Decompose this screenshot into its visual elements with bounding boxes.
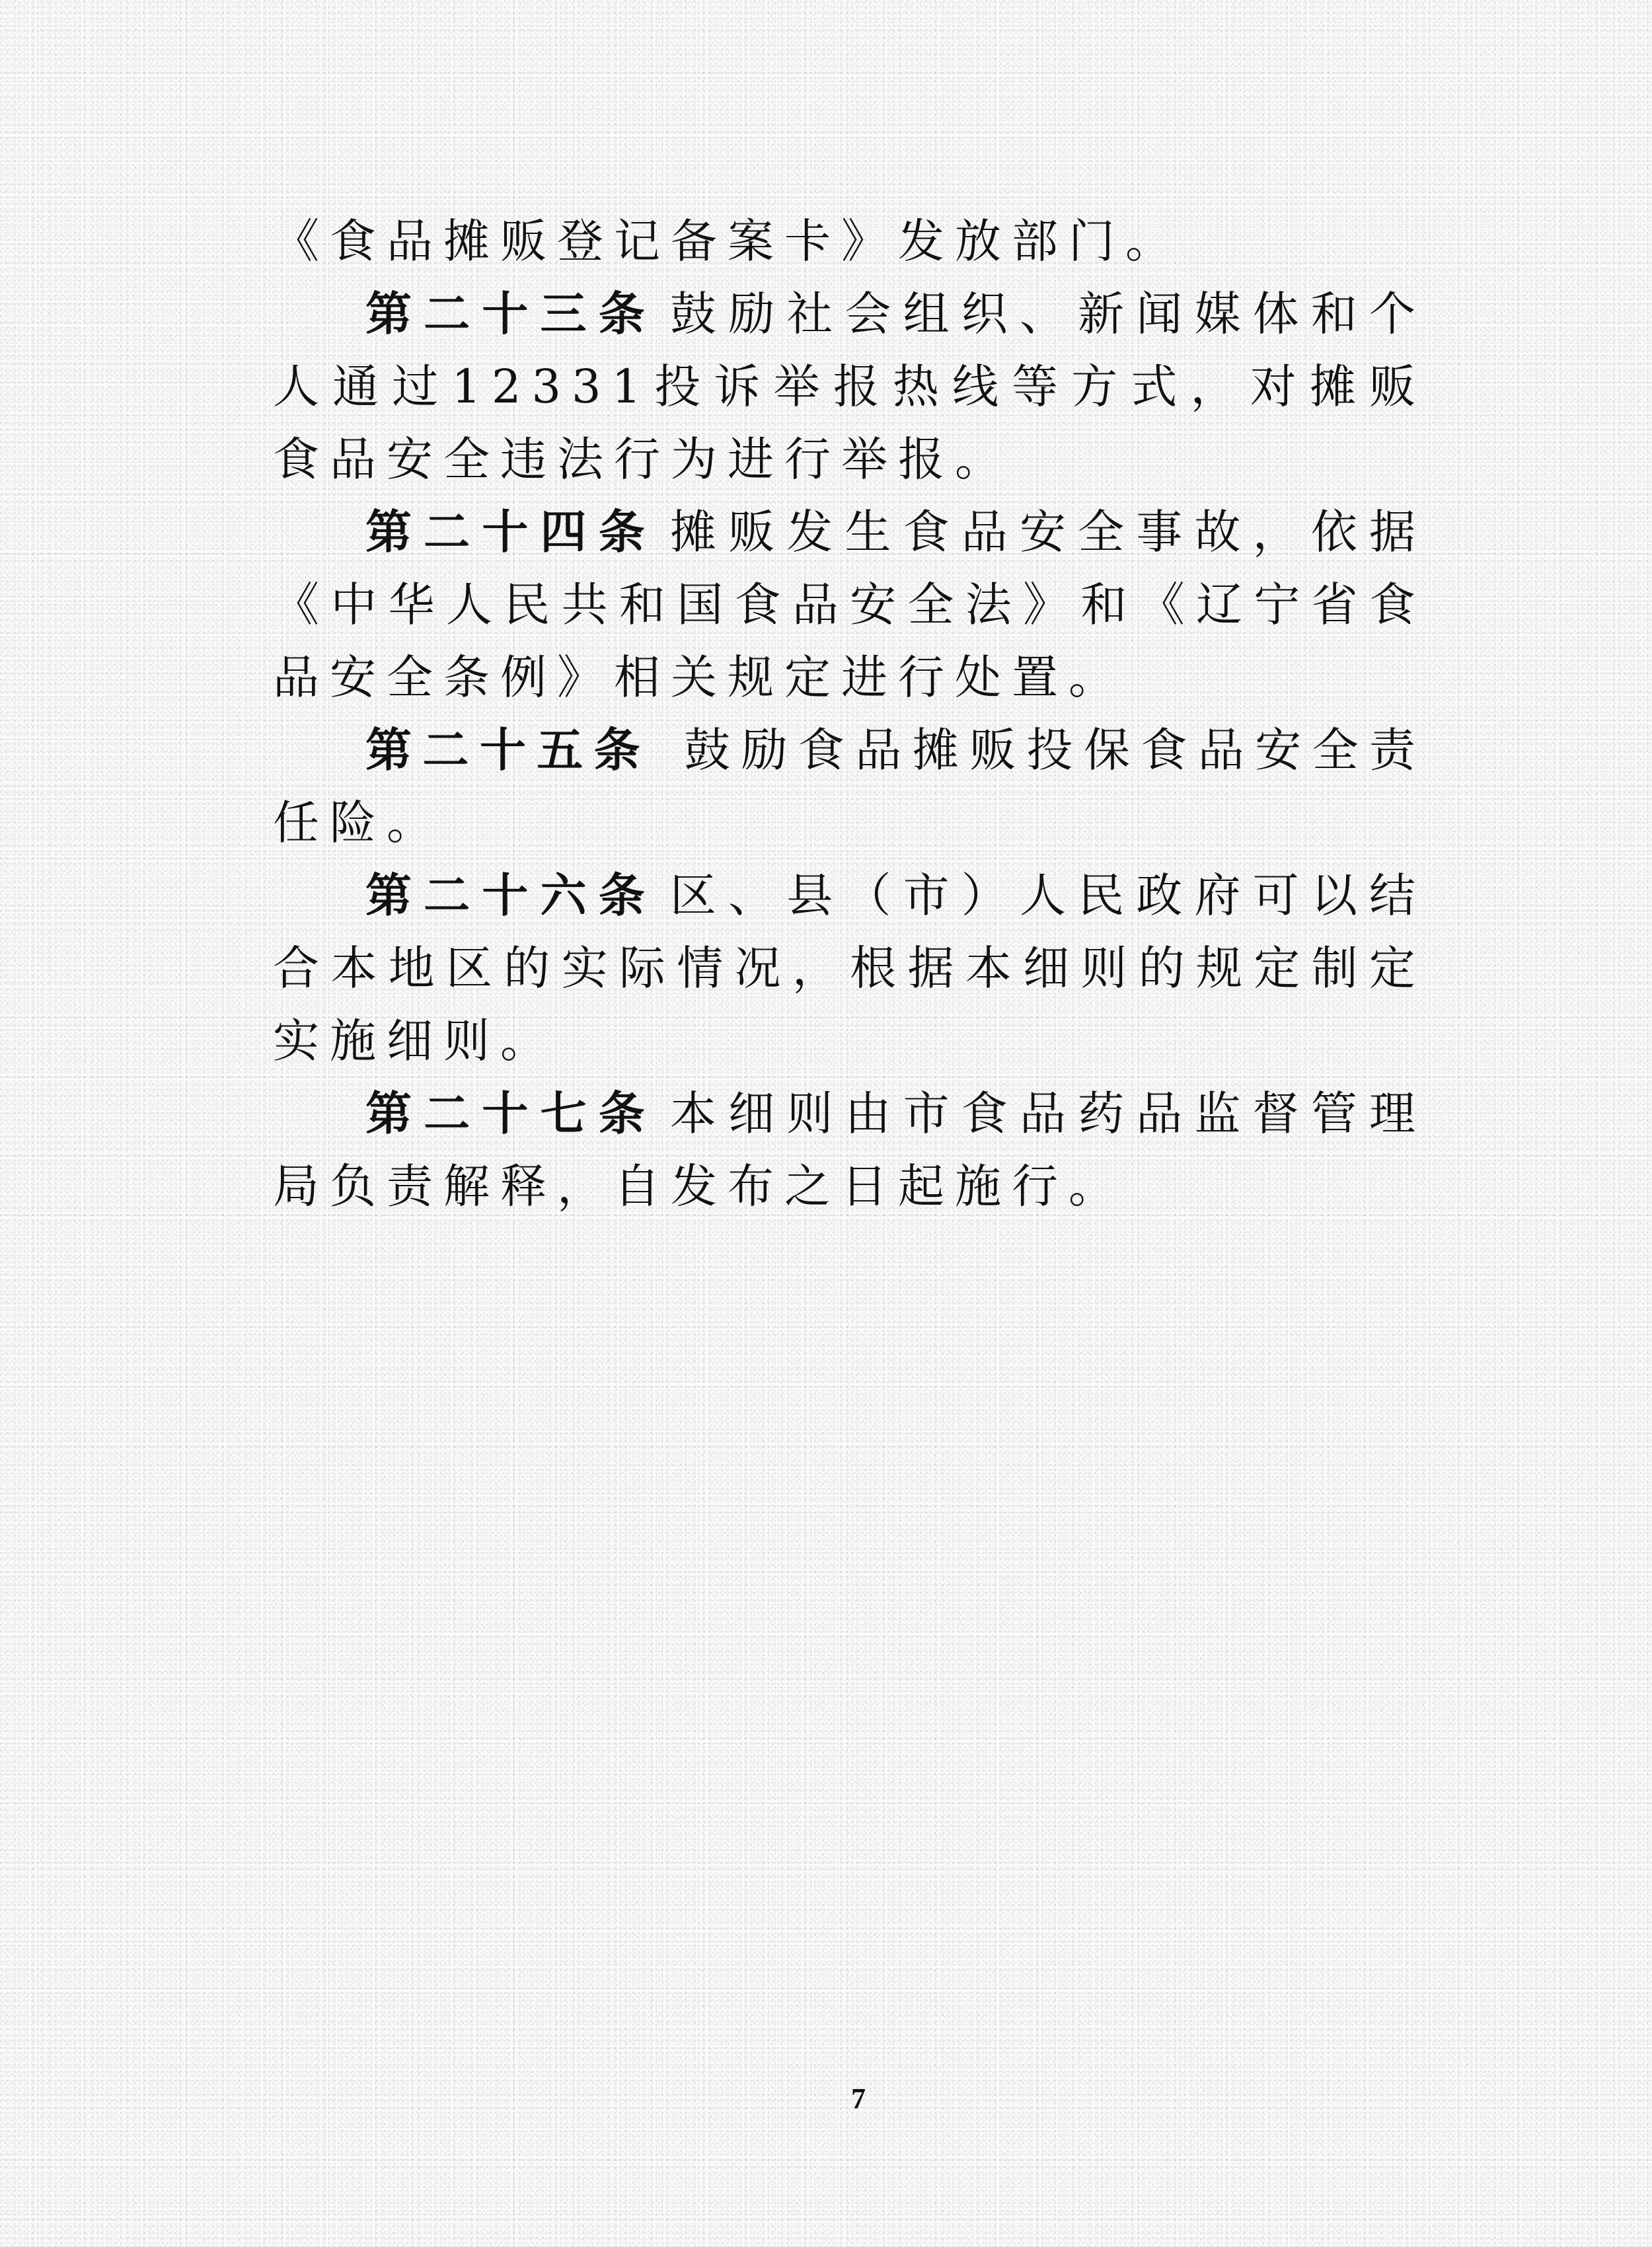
article-23: 第二十三条鼓励社会组织、新闻媒体和个人通过12331投诉举报热线等方式，对摊贩食…: [273, 278, 1426, 496]
article-25: 第二十五条鼓励食品摊贩投保食品安全责任险。: [273, 714, 1426, 859]
article-number: 第二十七条: [365, 1086, 657, 1141]
paragraph-continuation: 《食品摊贩登记备案卡》发放部门。: [273, 205, 1426, 278]
article-number: 第二十四条: [365, 504, 657, 559]
article-26: 第二十六条区、县（市）人民政府可以结合本地区的实际情况，根据本细则的规定制定实施…: [273, 859, 1426, 1077]
paragraph-text: 《食品摊贩登记备案卡》发放部门。: [273, 214, 1182, 268]
document-page: 《食品摊贩登记备案卡》发放部门。 第二十三条鼓励社会组织、新闻媒体和个人通过12…: [0, 0, 1652, 2247]
article-number: 第二十三条: [365, 286, 657, 341]
document-body: 《食品摊贩登记备案卡》发放部门。 第二十三条鼓励社会组织、新闻媒体和个人通过12…: [273, 205, 1426, 1223]
article-24: 第二十四条摊贩发生食品安全事故，依据《中华人民共和国食品安全法》和《辽宁省食品安…: [273, 496, 1426, 714]
article-number: 第二十五条: [365, 722, 651, 777]
article-27: 第二十七条本细则由市食品药品监督管理局负责解释，自发布之日起施行。: [273, 1077, 1426, 1223]
page-number: 7: [851, 2082, 866, 2115]
article-number: 第二十六条: [365, 868, 657, 923]
